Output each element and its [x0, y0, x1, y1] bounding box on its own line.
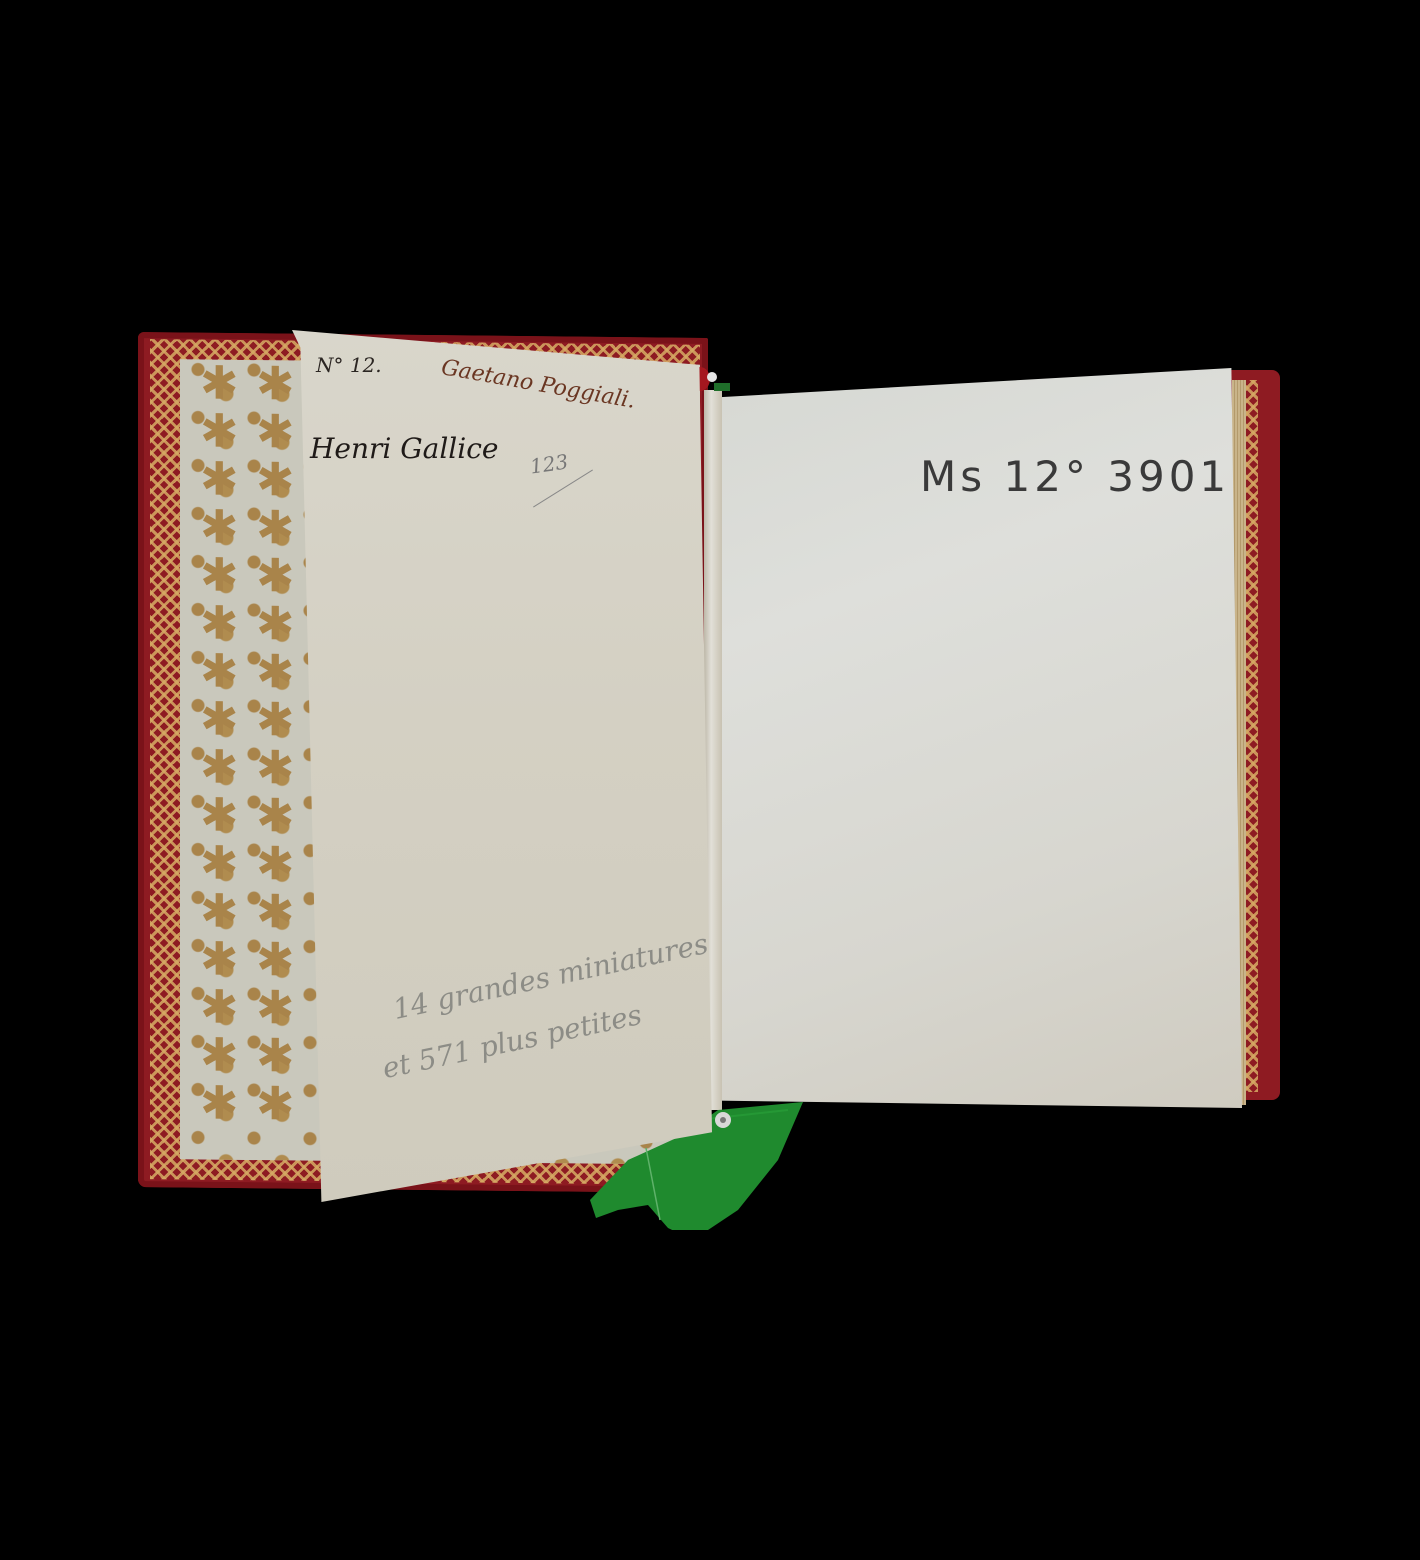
star-icon: ✱	[256, 360, 295, 406]
star-icon: ✱	[256, 840, 295, 886]
star-icon: ✱	[200, 791, 239, 837]
star-icon: ✱	[256, 408, 295, 454]
star-icon: ✱	[200, 887, 239, 933]
star-icon: ✱	[256, 456, 295, 502]
star-icon: ✱	[200, 455, 239, 501]
star-icon: ✱	[256, 552, 295, 598]
provenance-signature-gallice: Henri Gallice	[310, 432, 498, 465]
star-icon: ✱	[256, 1080, 295, 1126]
star-icon: ✱	[200, 407, 239, 453]
star-icon: ✱	[200, 839, 239, 885]
star-icon: ✱	[200, 551, 239, 597]
star-icon: ✱	[256, 648, 295, 694]
flyleaf-number: N° 12.	[316, 353, 382, 377]
star-icon: ✱	[200, 1031, 239, 1077]
star-icon: ✱	[200, 983, 239, 1029]
star-icon: ✱	[256, 600, 295, 646]
star-icon: ✱	[200, 743, 239, 789]
star-icon: ✱	[256, 984, 295, 1030]
star-icon: ✱	[256, 792, 295, 838]
star-icon: ✱	[200, 647, 239, 693]
star-icon: ✱	[256, 504, 295, 550]
star-icon: ✱	[256, 888, 295, 934]
manuscript-shelfmark: Ms 12° 3901	[920, 452, 1230, 501]
star-icon: ✱	[200, 359, 239, 405]
star-icon: ✱	[256, 744, 295, 790]
star-icon: ✱	[200, 1079, 239, 1125]
star-icon: ✱	[256, 936, 295, 982]
star-icon: ✱	[256, 1032, 295, 1078]
star-icon: ✱	[200, 695, 239, 741]
star-icon: ✱	[256, 696, 295, 742]
star-icon: ✱	[200, 503, 239, 549]
star-icon: ✱	[200, 599, 239, 645]
star-icon: ✱	[200, 935, 239, 981]
